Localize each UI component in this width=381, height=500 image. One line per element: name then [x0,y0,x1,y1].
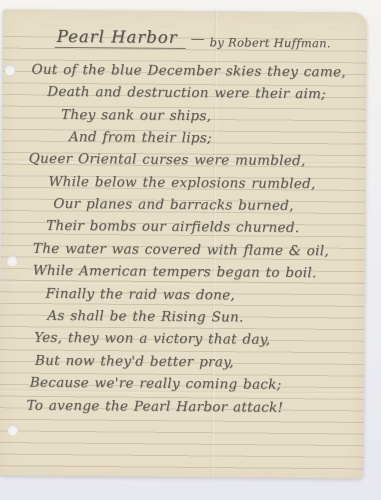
poem-line: And from their lips; [69,129,212,146]
poem-byline: by Robert Huffman. [210,35,331,50]
poem-line: While American tempers began to boil. [33,263,317,281]
poem-header: Pearl Harbor — by Robert Huffman. [55,27,331,50]
poem-line: While below the explosions rumbled, [48,174,315,192]
punch-hole-middle [7,255,18,266]
poem-line: Their bombs our airfields churned. [46,218,299,236]
poem-line: Queer Oriental curses were mumbled, [29,151,306,169]
poem-line: Yes, they won a victory that day, [34,330,270,348]
poem-title: Pearl Harbor [55,27,186,49]
poem-line: But now they'd better pray, [35,353,234,371]
poem-line: Out of the blue December skies they came… [31,62,346,81]
title-dash: — [191,31,205,47]
poem-line: Because we're really coming back; [30,375,282,393]
poem-line: As shall be the Rising Sun. [47,308,243,326]
scan-background: Pearl Harbor — by Robert Huffman. Out of… [0,0,381,500]
punch-hole-top [4,64,15,75]
punch-hole-bottom [7,424,18,435]
notebook-paper-page: Pearl Harbor — by Robert Huffman. Out of… [0,9,367,478]
poem-line: Our planes and barracks burned, [53,196,294,214]
poem-line: Death and destruction were their aim; [47,84,326,102]
poem-line: The water was covered with flame & oil, [33,241,329,260]
poem-line: Finally the raid was done, [45,286,235,304]
poem-line: They sank our ships, [61,107,211,124]
poem-line: To avenge the Pearl Harbor attack! [26,398,283,416]
